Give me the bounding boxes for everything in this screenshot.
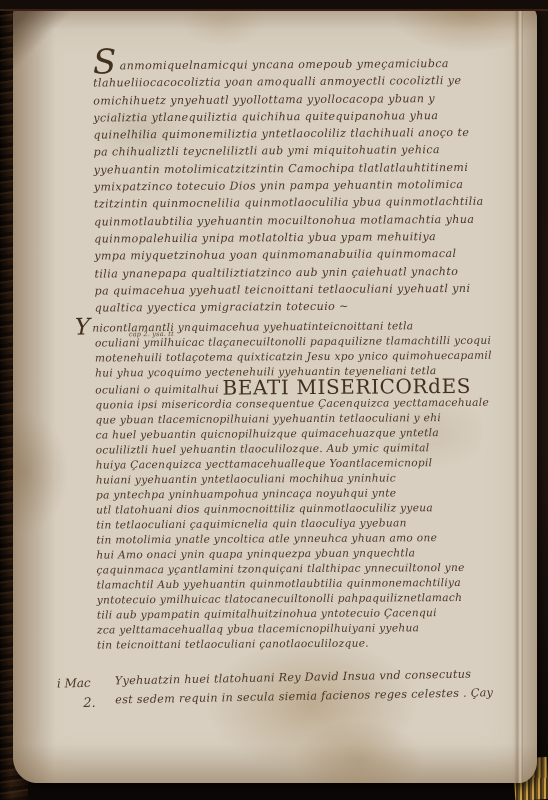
manuscript-line: tlahueliiocacocoliztia yoan amoqualli an… [93, 72, 525, 92]
manuscript-line: tin teicnoittani tetlaoculiani çanotlaoc… [97, 636, 529, 654]
manuscript-line: qualtica yyectica ymigraciatzin totecuio… [95, 297, 527, 317]
initial-capital-s: S [93, 57, 117, 67]
text-block: Sanmomiquelnamicqui yncana omepoub ymeça… [93, 54, 529, 653]
paragraph-2-lines-after-quote: quonia ipsi misericordia consequentue Ça… [95, 396, 529, 654]
background-top-strip [0, 0, 548, 11]
margin-note-number: 2. [83, 696, 96, 711]
paragraph-2: cap 2. ysa. tt Ynicontlamantli ynquimace… [95, 319, 529, 654]
margin-note: i Mac [57, 676, 91, 691]
page-corner-fold [13, 6, 93, 68]
interlinear-note: cap 2. ysa. tt [129, 330, 174, 338]
footer-lines: Yyehuatzin huei tlatohuani Rey David Ins… [115, 663, 528, 709]
quote-prefix: oculiani o quimitalhui [95, 384, 222, 397]
manuscript-photo: Sanmomiquelnamicqui yncana omepoub ymeça… [0, 0, 548, 800]
manuscript-line: quinelhilia quimonemiliztia yntetlaocoli… [93, 124, 525, 144]
manuscript-page: Sanmomiquelnamicqui yncana omepoub ymeça… [13, 6, 537, 783]
paragraph-1: Sanmomiquelnamicqui yncana omepoub ymeça… [93, 54, 527, 316]
initial-capital-y: Y [75, 323, 91, 333]
line-text: anmomiquelnamicqui yncana omepoub ymeçam… [120, 57, 449, 72]
paragraph-1-lines: tlahueliiocacocoliztia yoan amoqualli an… [93, 72, 527, 317]
manuscript-line: pa quimacehua yyehuatl teicnoittani tetl… [94, 279, 526, 299]
footer-note: i Mac 2. Yyehuatzin huei tlatohuani Rey … [57, 663, 528, 710]
manuscript-line: quinmotlaubtilia yyehuantin mocuiltonohu… [94, 210, 526, 230]
